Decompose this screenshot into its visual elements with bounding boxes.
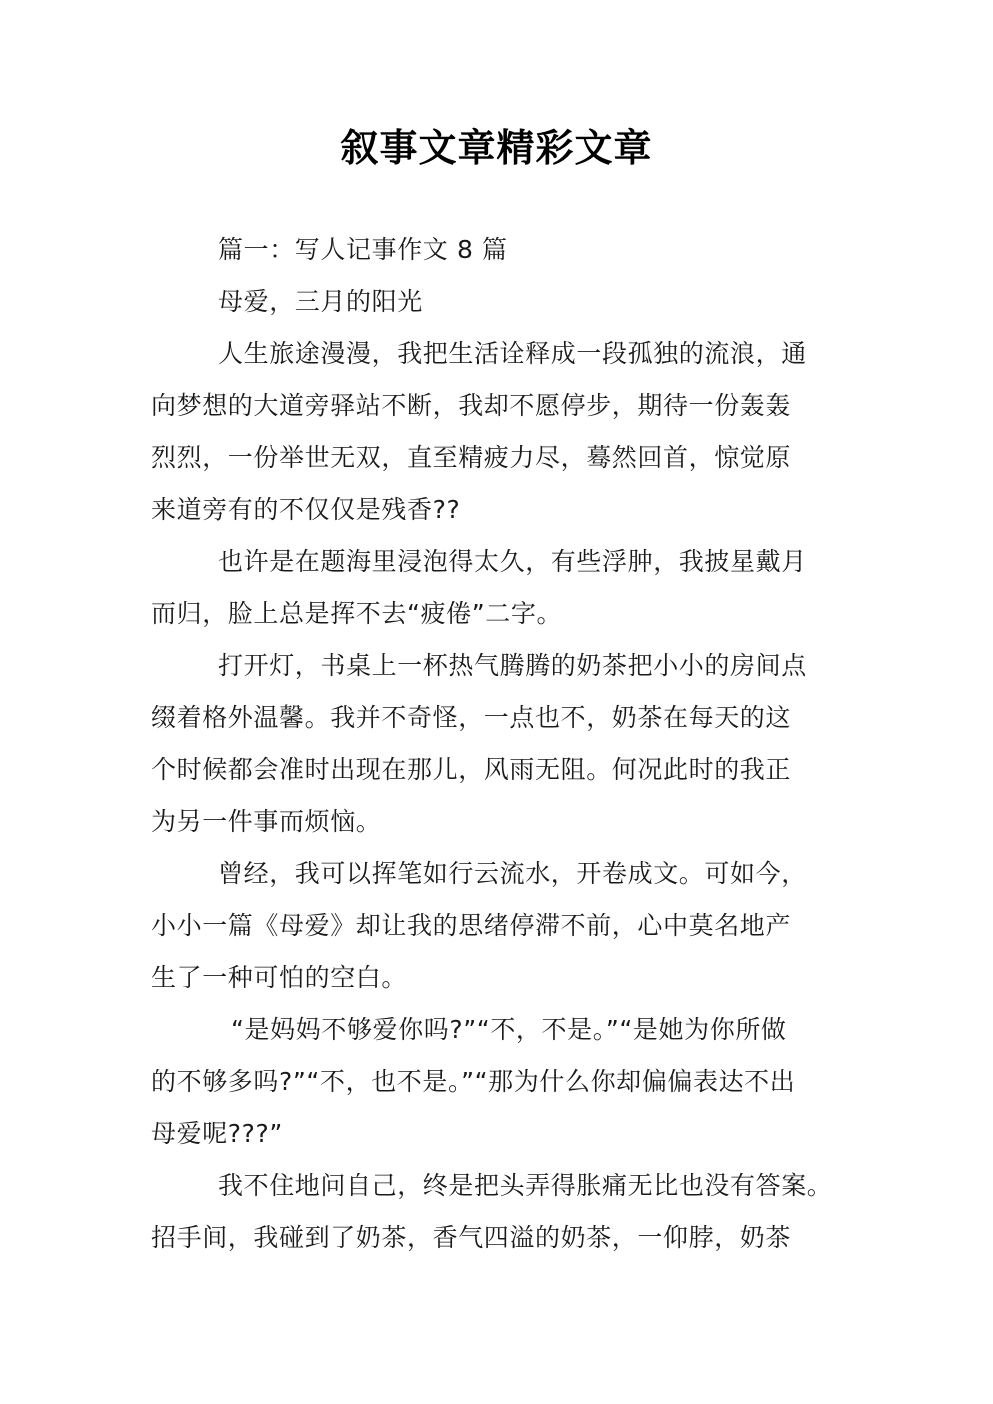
document-page: 叙事文章精彩文章 篇一：写人记事作文 8 篇 母爱，三月的阳光 人生旅途漫漫，我… xyxy=(0,0,993,1404)
paragraph-line: 招手间，我碰到了奶茶，香气四溢的奶茶，一仰脖，奶茶 xyxy=(151,1212,851,1264)
paragraph-line: 小小一篇《母爱》却让我的思绪停滞不前，心中莫名地产 xyxy=(151,900,851,952)
section-heading: 篇一：写人记事作文 8 篇 xyxy=(151,224,851,276)
paragraph-line: “是妈妈不够爱你吗?”“不，不是。”“是她为你所做 xyxy=(151,1004,851,1056)
paragraph-line: 烈烈，一份举世无双，直至精疲力尽，蓦然回首，惊觉原 xyxy=(151,432,851,484)
paragraph-line: 来道旁有的不仅仅是残香?? xyxy=(151,484,851,536)
paragraph-line: 为另一件事而烦恼。 xyxy=(151,796,851,848)
paragraph-line: 打开灯，书桌上一杯热气腾腾的奶茶把小小的房间点 xyxy=(151,640,851,692)
paragraph-line: 缀着格外温馨。我并不奇怪，一点也不，奶茶在每天的这 xyxy=(151,692,851,744)
paragraph-line: 生了一种可怕的空白。 xyxy=(151,952,851,1004)
paragraph-line: 曾经，我可以挥笔如行云流水，开卷成文。可如今， xyxy=(151,848,851,900)
document-title: 叙事文章精彩文章 xyxy=(0,122,993,174)
paragraph-line: 人生旅途漫漫，我把生活诠释成一段孤独的流浪，通 xyxy=(151,328,851,380)
article-subtitle: 母爱，三月的阳光 xyxy=(151,276,851,328)
paragraph-line: 而归，脸上总是挥不去“疲倦”二字。 xyxy=(151,588,851,640)
document-body: 篇一：写人记事作文 8 篇 母爱，三月的阳光 人生旅途漫漫，我把生活诠释成一段孤… xyxy=(151,224,851,1264)
paragraph-line: 母爱呢???” xyxy=(151,1108,851,1160)
paragraph-line: 个时候都会准时出现在那儿，风雨无阻。何况此时的我正 xyxy=(151,744,851,796)
paragraph-line: 向梦想的大道旁驿站不断，我却不愿停步，期待一份轰轰 xyxy=(151,380,851,432)
paragraph-line: 也许是在题海里浸泡得太久，有些浮肿，我披星戴月 xyxy=(151,536,851,588)
paragraph-line: 的不够多吗?”“不，也不是。”“那为什么你却偏偏表达不出 xyxy=(151,1056,851,1108)
paragraph-line: 我不住地问自己，终是把头弄得胀痛无比也没有答案。 xyxy=(151,1160,851,1212)
